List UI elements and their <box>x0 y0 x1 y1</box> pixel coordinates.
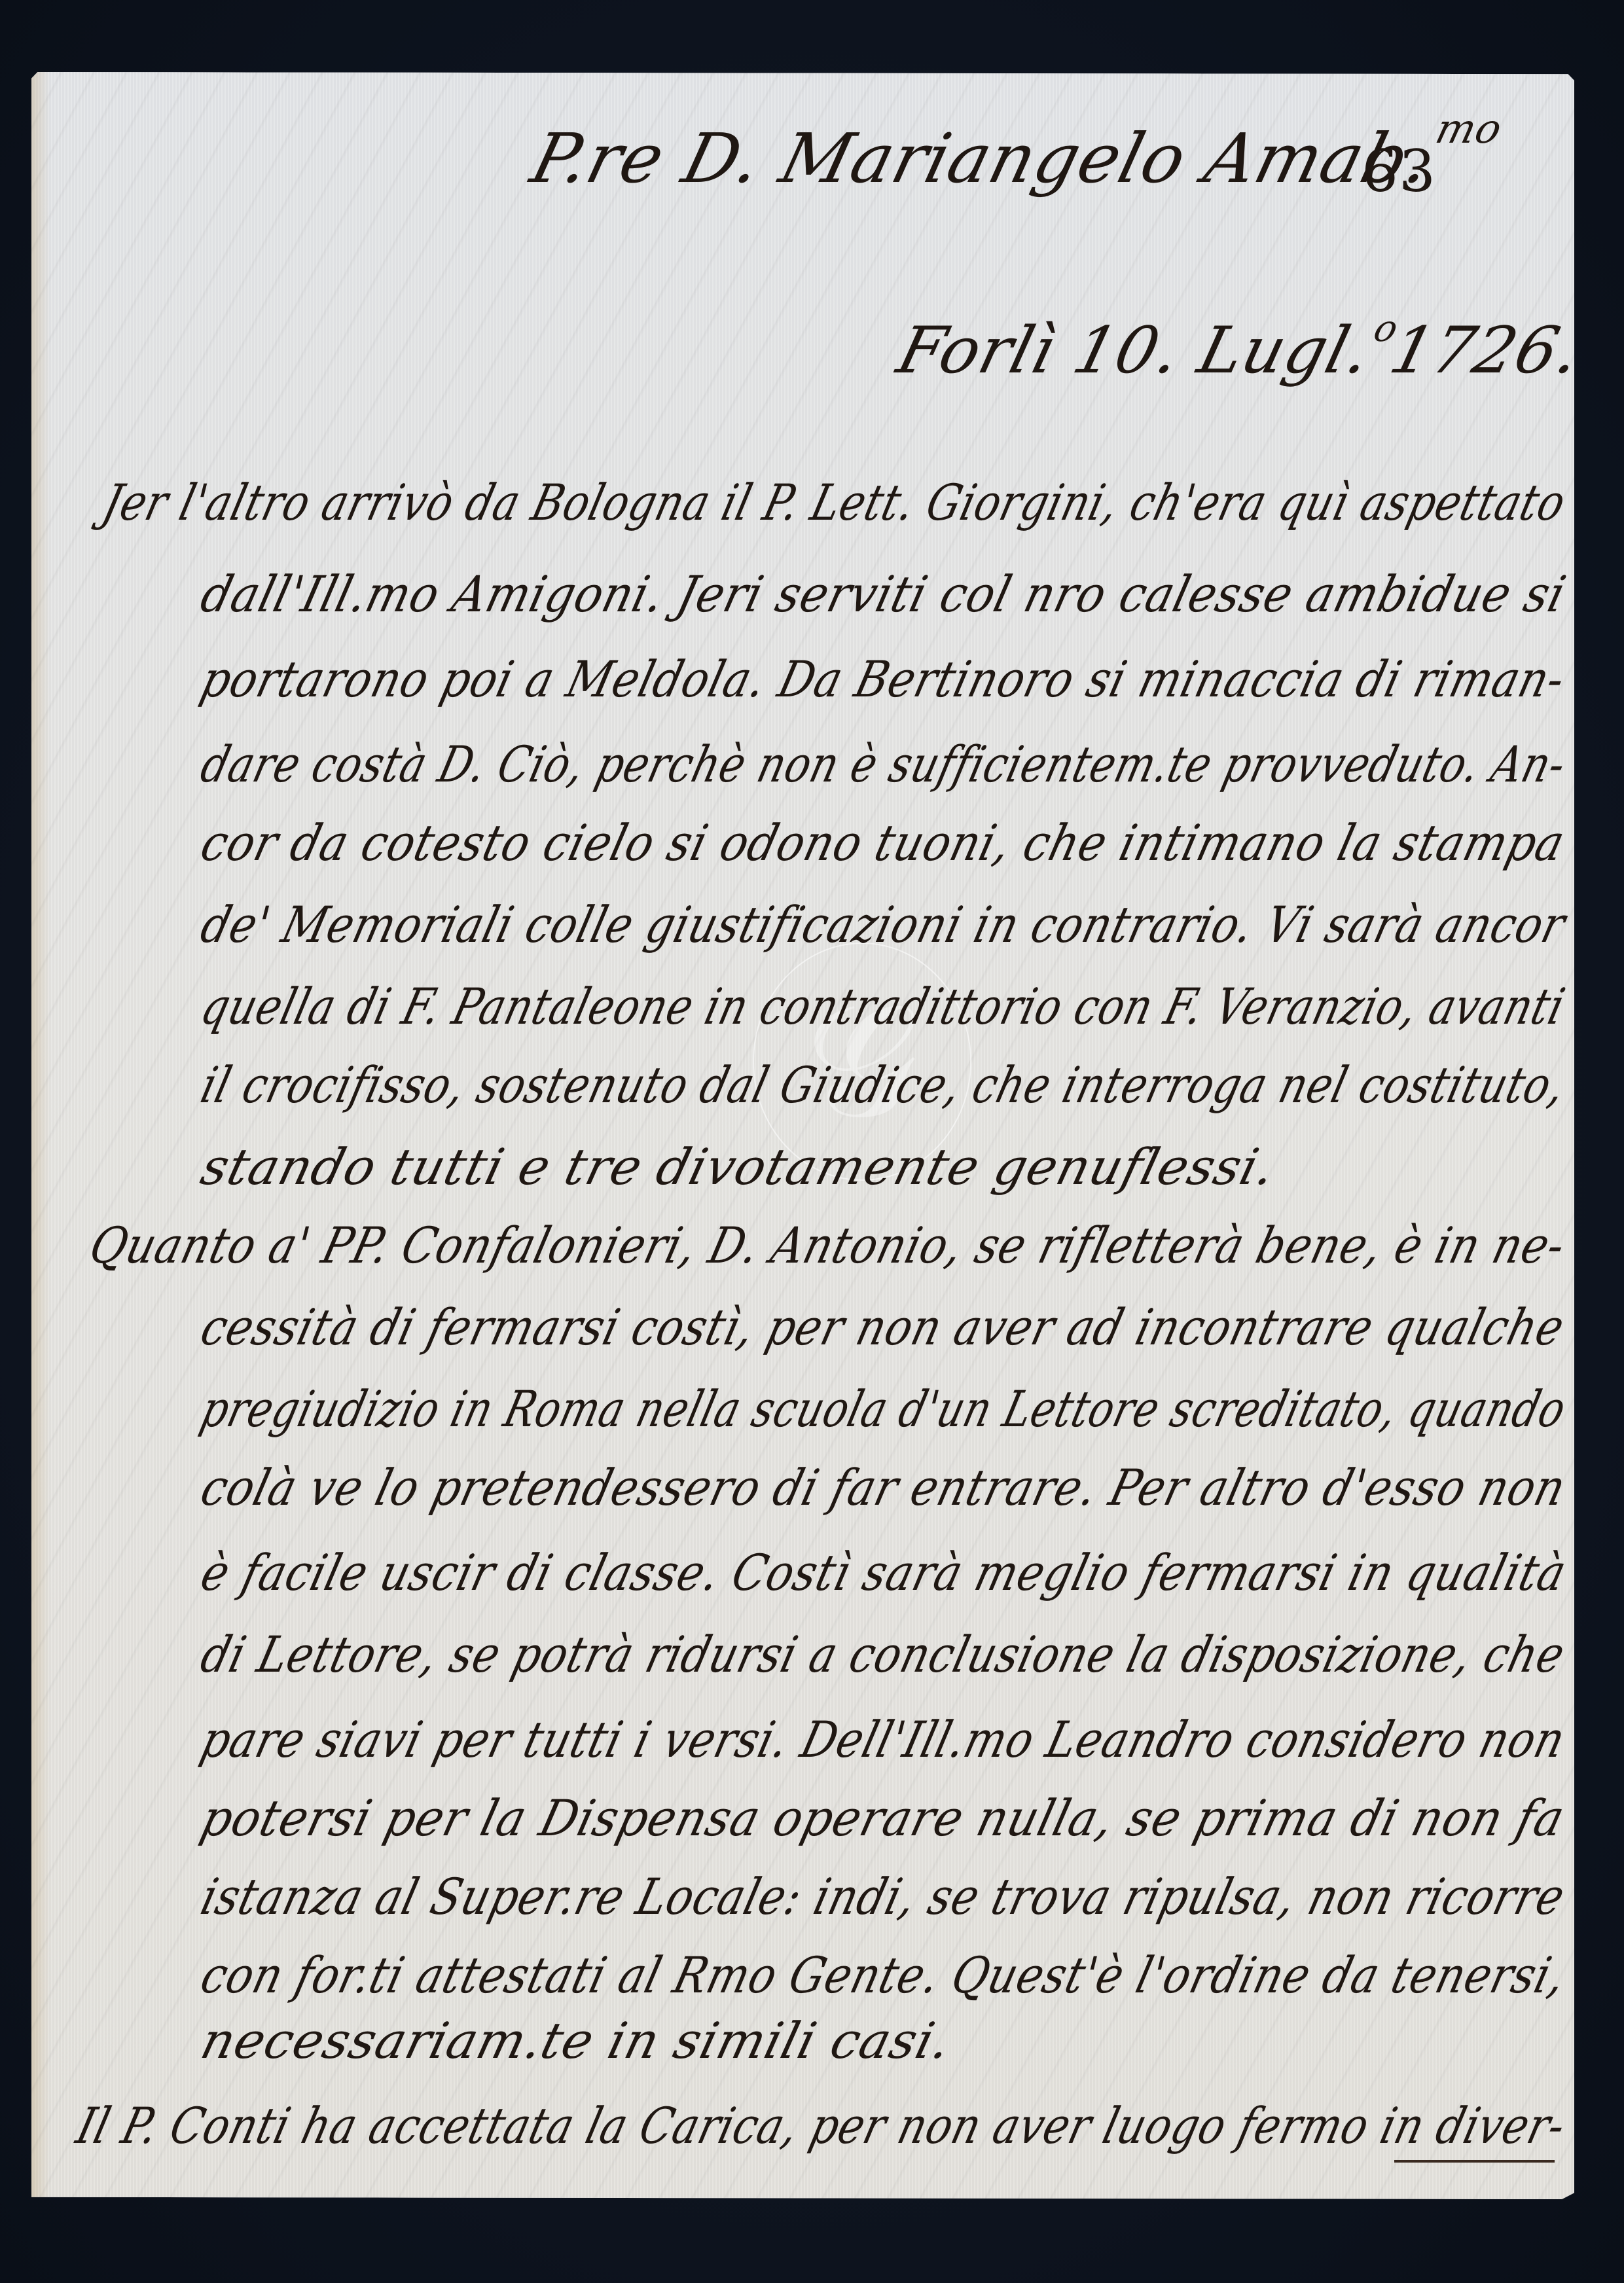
dateline: Forlì 10. Lugl.o1726. <box>890 308 1590 388</box>
folio-number: 63 <box>1362 137 1436 205</box>
body-line: pregiudizio in Roma nella scuola d'un Le… <box>196 1384 1571 1434</box>
underline-stroke <box>1394 2160 1555 2163</box>
body-line: con for.ti attestati al Rmo Gente. Quest… <box>196 1950 1571 2000</box>
body-line: Quanto a' PP. Confalonieri, D. Antonio, … <box>85 1221 1570 1270</box>
body-line: potersi per la Dispensa operare nulla, s… <box>196 1793 1570 1843</box>
address-superscript: mo <box>1431 105 1507 153</box>
body-line: il crocifisso, sostenuto dal Giudice, ch… <box>196 1060 1570 1110</box>
body-line: Jer l'altro arrivò da Bologna il P. Lett… <box>98 478 1570 528</box>
body-line: istanza al Super.re Locale: indi, se tro… <box>196 1872 1570 1922</box>
body-line: di Lettore, se potrà ridursi a conclusio… <box>196 1630 1570 1680</box>
date-month: Lugl. <box>1191 314 1379 388</box>
body-line: colà ve lo pretendessero di far entrare.… <box>196 1463 1571 1513</box>
body-line: portarono poi a Meldola. Da Bertinoro si… <box>196 655 1570 704</box>
body-line: quella di F. Pantaleone in contradittori… <box>196 982 1570 1032</box>
body-line-last: Il P. Conti ha accettata la Carica, per … <box>72 2101 1570 2151</box>
body-line: dall'Ill.mo Amigoni. Jeri serviti col nr… <box>196 569 1571 619</box>
body-line: pare siavi per tutti i versi. Dell'Ill.m… <box>196 1715 1570 1765</box>
body-line: dare costà D. Ciò, perchè non è sufficie… <box>196 740 1571 789</box>
body-line: de' Memoriali colle giustificazioni in c… <box>196 900 1570 950</box>
body-line: stando tutti e tre divotamente genufless… <box>196 1142 1280 1192</box>
body-line: è facile uscir di classe. Costì sarà meg… <box>196 1548 1571 1598</box>
letter-address: P.re D. Mariangelo Amab.mo <box>524 105 1507 198</box>
body-line: necessariam.te in simili casi. <box>196 2016 956 2066</box>
date-day: 10. <box>1066 314 1188 388</box>
date-place: Forlì <box>890 314 1064 388</box>
date-year: 1726. <box>1382 314 1588 388</box>
address-text: P.re D. Mariangelo Amab. <box>524 118 1439 198</box>
body-line: cor da cotesto cielo si odono tuoni, che… <box>196 818 1570 868</box>
body-line: cessità di fermarsi costì, per non aver … <box>196 1303 1570 1352</box>
last-line-text: Il P. Conti ha accettata la Carica, per … <box>71 2096 1572 2155</box>
